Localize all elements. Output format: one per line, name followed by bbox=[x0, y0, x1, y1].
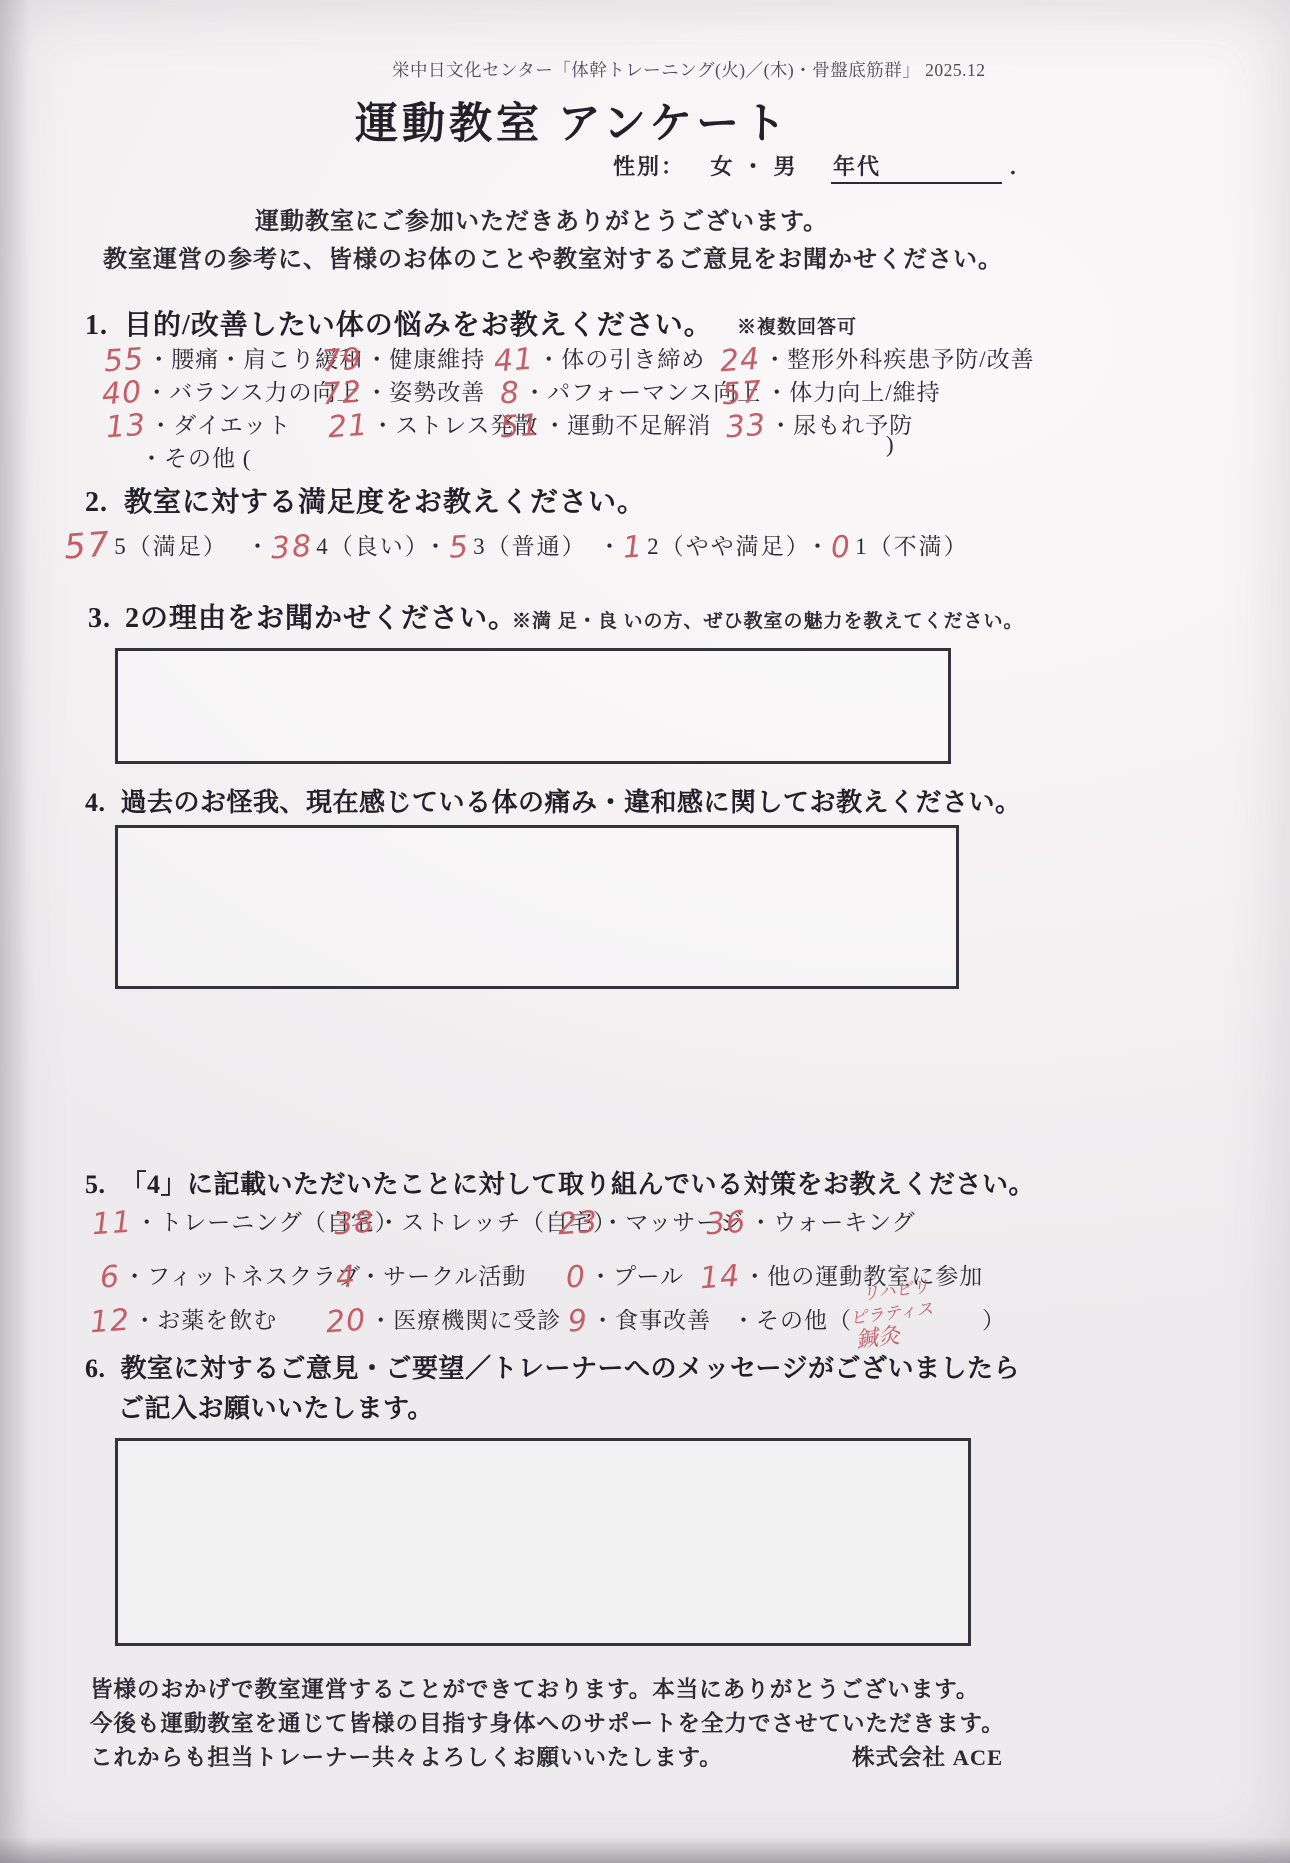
handwritten-count: 21 bbox=[327, 411, 369, 444]
handwritten-count: 20 bbox=[325, 1306, 367, 1339]
handwritten-count: 11 bbox=[91, 1208, 133, 1241]
company-name: 株式会社 ACE bbox=[852, 1740, 1003, 1772]
handwritten-count: 38 bbox=[333, 1208, 375, 1241]
header-course-note: 栄中日文化センター「体幹トレーニング(火)／(木)・骨盤底筋群」 2025.12 bbox=[392, 57, 986, 82]
handwritten-count: 36 bbox=[705, 1208, 747, 1241]
handwritten-count: 55 bbox=[103, 345, 145, 378]
q4-title: 過去のお怪我、現在感じている体の痛み・違和感に関してお教えください。 bbox=[121, 788, 1022, 817]
handwritten-count: 40 bbox=[101, 378, 143, 411]
age-field: 年代 bbox=[831, 150, 1002, 184]
q1-option: 72・姿勢改善 bbox=[322, 374, 485, 409]
q5-option: 9・食事改善 bbox=[568, 1302, 711, 1337]
q6-heading-line1: 6. 教室に対するご意見・ご要望／トレーナーへのメッセージがございましたら bbox=[85, 1348, 1020, 1385]
period: ． bbox=[1010, 154, 1034, 179]
q2-option: ・12（やや満足） bbox=[598, 528, 811, 563]
q1-option: 57・体力向上/維持 bbox=[722, 374, 941, 409]
q1-option: 51・運動不足解消 bbox=[500, 407, 711, 442]
handwritten-count: 6 bbox=[99, 1262, 121, 1293]
q5-title: 「4」に記載いただいたことに対して取り組んでいる対策をお教えください。 bbox=[121, 1170, 1036, 1199]
handwritten-count: 33 bbox=[725, 411, 767, 444]
intro-line2: 教室運営の参考に、皆様のお体のことや教室対するご意見をお聞かせください。 bbox=[103, 239, 1003, 274]
q4-heading: 4. 過去のお怪我、現在感じている体の痛み・違和感に関してお教えください。 bbox=[85, 782, 1022, 819]
q5-option: 6・フィットネスクラブ bbox=[100, 1258, 361, 1293]
handwritten-count: 5 bbox=[448, 532, 471, 563]
handwritten-count: 9 bbox=[567, 1306, 589, 1337]
q5-other-label: ・その他（ bbox=[732, 1302, 852, 1335]
q1-option: 41・体の引き締め bbox=[494, 341, 705, 376]
gender-options: 女 ・ 男 bbox=[711, 154, 798, 179]
handwritten-count: 13 bbox=[105, 411, 147, 444]
handwritten-count: 51 bbox=[499, 411, 541, 444]
page-title: 運動教室 アンケート bbox=[355, 90, 790, 151]
q2-heading: 2. 教室に対する満足度をお教えください。 bbox=[85, 480, 646, 520]
q1-other-close: ) bbox=[886, 432, 895, 458]
q1-option: 79・健康維持 bbox=[322, 341, 485, 376]
footer-line1: 皆様のおかげで教室運営することができております。本当にありがとうございます。 bbox=[90, 1672, 979, 1704]
handwritten-count: 38 bbox=[270, 532, 314, 565]
q6-answer-box bbox=[115, 1438, 971, 1646]
q3-number: 3. bbox=[88, 603, 111, 634]
q1-other-label: ・その他 ( bbox=[140, 440, 251, 473]
q3-answer-box bbox=[115, 648, 951, 764]
q2-option: ・384（良い） bbox=[246, 528, 430, 563]
q4-answer-box bbox=[115, 825, 959, 989]
q5-option: 36・ウォーキング bbox=[706, 1204, 916, 1239]
q3-note: ※満 足・良 いの方、ぜひ教室の魅力を教えてください。 bbox=[512, 606, 1024, 633]
q5-heading: 5. 「4」に記載いただいたことに対して取り組んでいる対策をお教えください。 bbox=[85, 1164, 1035, 1201]
handwritten-count: 12 bbox=[89, 1306, 131, 1339]
q5-other-close: ） bbox=[982, 1302, 1006, 1335]
intro-line1: 運動教室にご参加いただきありがとうございます。 bbox=[255, 201, 828, 236]
handwritten-count: 0 bbox=[830, 532, 853, 563]
handwritten-count: 14 bbox=[699, 1262, 741, 1295]
q3-heading: 3. 2の理由をお聞かせください。 bbox=[88, 596, 517, 636]
q2-option: 575（満足） bbox=[64, 528, 228, 563]
handwritten-count: 4 bbox=[335, 1262, 357, 1293]
q2-title: 教室に対する満足度をお教えください。 bbox=[124, 487, 646, 518]
q6-number: 6. bbox=[85, 1354, 106, 1383]
handwritten-count: 0 bbox=[565, 1262, 587, 1293]
handwritten-count: 1 bbox=[622, 532, 645, 563]
q5-number: 5. bbox=[85, 1170, 106, 1199]
q1-number: 1. bbox=[85, 310, 108, 341]
handwritten-count: 72 bbox=[321, 378, 363, 411]
q1-title: 目的/改善したい体の悩みをお教えください。 bbox=[124, 310, 713, 341]
footer-line3: これからも担当トレーナー共々よろしくお願いいたします。 bbox=[90, 1740, 723, 1772]
q5-option: 12・お薬を飲む bbox=[90, 1302, 277, 1337]
q5-option: 20・医療機関に受診 bbox=[326, 1302, 561, 1337]
q4-number: 4. bbox=[85, 788, 106, 817]
q1-note: ※複数回答可 bbox=[737, 312, 857, 339]
q5-option: 0・プール bbox=[566, 1258, 684, 1293]
handwritten-count: 23 bbox=[557, 1208, 599, 1241]
q5-option: 14・他の運動教室に参加 bbox=[700, 1258, 983, 1293]
q5-option: 4・サークル活動 bbox=[336, 1258, 526, 1293]
handwritten-count: 8 bbox=[499, 378, 521, 409]
q2-option: ・01（不満） bbox=[806, 528, 969, 563]
handwritten-count: 57 bbox=[63, 527, 113, 564]
q6-heading-line2: ご記入お願いいたします。 bbox=[118, 1388, 434, 1425]
survey-sheet: 栄中日文化センター「体幹トレーニング(火)／(木)・骨盤底筋群」 2025.12… bbox=[0, 0, 1290, 1863]
handwritten-count: 24 bbox=[719, 345, 761, 378]
handwritten-count: 79 bbox=[321, 345, 363, 378]
handwritten-count: 41 bbox=[493, 345, 535, 378]
handwritten-count: 57 bbox=[721, 378, 763, 411]
profile-line: 性別： 女 ・ 男 年代 ． bbox=[613, 150, 1034, 184]
q1-option: 24・整形外科疾患予防/改善 bbox=[720, 341, 1035, 376]
q6-title-line1: 教室に対するご意見・ご要望／トレーナーへのメッセージがございましたら bbox=[121, 1354, 1020, 1383]
q1-option: 13・ダイエット bbox=[106, 407, 291, 442]
age-label: 年代 bbox=[833, 154, 881, 179]
q1-heading: 1. 目的/改善したい体の悩みをお教えください。 bbox=[85, 303, 713, 343]
q2-option: ・53（普通） bbox=[424, 528, 587, 563]
q2-number: 2. bbox=[85, 487, 108, 518]
q3-title: 2の理由をお聞かせください。 bbox=[125, 603, 517, 634]
footer-line2: 今後も運動教室を通じて皆様の目指す身体へのサポートを全力でさせていただきます。 bbox=[90, 1706, 1005, 1738]
gender-label: 性別： bbox=[613, 154, 685, 179]
